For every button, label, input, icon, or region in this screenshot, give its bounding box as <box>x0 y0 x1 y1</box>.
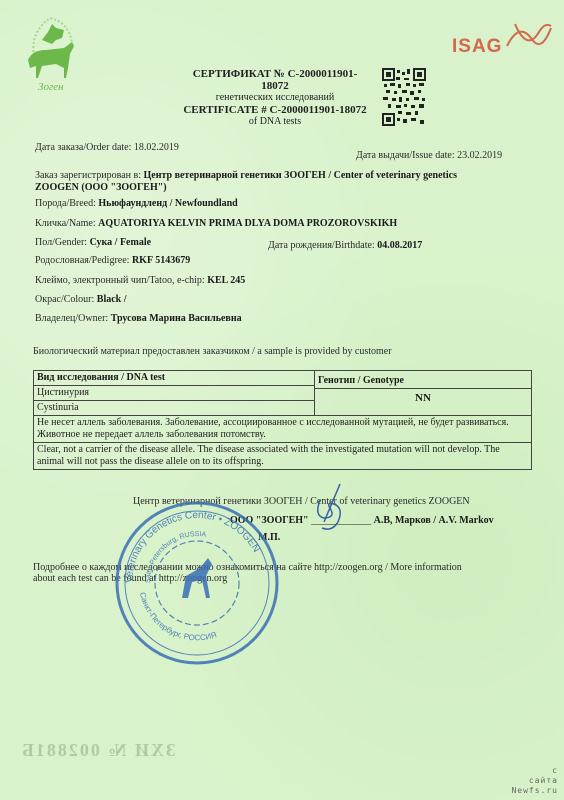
registered-value-line1: Центр ветеринарной генетики ЗООГЕН / Cen… <box>144 170 457 181</box>
owner-value: Трусова Марина Васильевна <box>111 313 242 324</box>
owner-label: Владелец/Owner: <box>35 313 108 324</box>
sample-note: Биологический материал предоставлен зака… <box>33 346 392 358</box>
signer-name: А.В, Марков / A.V. Markov <box>374 515 494 526</box>
title-en-sub: of DNA tests <box>170 116 380 128</box>
table-header-test: Вид исследования / DNA test <box>34 371 314 386</box>
colour-value: Black / <box>97 294 127 305</box>
official-stamp-icon: Veterinary Genetics Center • ZOOGEN Sain… <box>112 498 282 668</box>
genotype-value: NN <box>315 389 531 405</box>
title-ru-line1: СЕРТИФИКАТ № С-2000011901- <box>170 68 380 80</box>
order-date: Дата заказа/Order date: 18.02.2019 <box>35 142 179 154</box>
dna-helix-icon <box>505 18 553 56</box>
birthdate-label: Дата рождения/Birthdate: <box>268 240 375 251</box>
qr-code-icon <box>382 68 426 126</box>
watermark-line1: с <box>511 766 558 776</box>
gender-label: Пол/Gender: <box>35 237 87 248</box>
title-en: CERTIFICATE # C-2000011901-18072 <box>170 104 380 116</box>
colour-field: Окрас/Colour: Black / <box>35 294 127 306</box>
order-date-value: 18.02.2019 <box>134 142 179 153</box>
pedigree-label: Родословная/Pedigree: <box>35 255 129 266</box>
colour-label: Окрас/Colour: <box>35 294 94 305</box>
test-name-en: Cystinuria <box>34 401 314 415</box>
owner-field: Владелец/Owner: Трусова Марина Васильевн… <box>35 313 242 325</box>
breed-value: Ньюфаундленд / Newfoundland <box>98 198 237 209</box>
order-registered: Заказ зарегистрирован в: Центр ветеринар… <box>35 170 457 182</box>
chip-field: Клеймо, электронный чип/Tatoo, e-chip: K… <box>35 275 245 287</box>
serial-number: ЗХИ № 002881Б <box>20 740 176 761</box>
site-watermark: с сайта Newfs.ru <box>511 766 558 796</box>
birthdate-field: Дата рождения/Birthdate: 04.08.2017 <box>268 240 422 252</box>
issue-date-label: Дата выдачи/Issue date: <box>356 150 455 161</box>
result-en: Clear, not a carrier of the disease alle… <box>34 443 531 469</box>
registered-label: Заказ зарегистрирован в: <box>35 170 141 181</box>
issue-date: Дата выдачи/Issue date: 23.02.2019 <box>356 150 502 162</box>
chip-value: KEL 245 <box>207 275 245 286</box>
gender-value: Сука / Female <box>90 237 151 248</box>
table-header-genotype: Генотип / Genotype <box>315 374 531 389</box>
test-name-ru: Цистинурия <box>34 386 314 401</box>
title-ru-line2: 18072 <box>170 80 380 92</box>
dna-test-table: Вид исследования / DNA test Цистинурия C… <box>33 370 532 470</box>
zoogen-logo-icon: Зоген <box>20 12 86 92</box>
svg-text:Зоген: Зоген <box>38 81 64 92</box>
result-ru: Не несет аллель заболевания. Заболевание… <box>34 416 531 443</box>
breed-field: Порода/Breed: Ньюфаундленд / Newfoundlan… <box>35 198 238 210</box>
chip-label: Клеймо, электронный чип/Tatoo, e-chip: <box>35 275 205 286</box>
issue-date-value: 23.02.2019 <box>457 150 502 161</box>
breed-label: Порода/Breed: <box>35 198 96 209</box>
watermark-line2: сайта <box>511 776 558 786</box>
svg-text:Санкт-Петербург, РОССИЯ: Санкт-Петербург, РОССИЯ <box>138 591 218 642</box>
watermark-line3: Newfs.ru <box>511 786 558 796</box>
title-ru-sub: генетических исследований <box>170 92 380 104</box>
gender-field: Пол/Gender: Сука / Female <box>35 237 151 249</box>
registered-value-line2: ZOOGEN (ООО "ЗООГЕН") <box>35 182 167 194</box>
name-value: AQUATORIYA KELVIN PRIMA DLYA DOMA PROZOR… <box>98 218 397 229</box>
pedigree-field: Родословная/Pedigree: RKF 5143679 <box>35 255 190 267</box>
isag-logo: ISAG <box>452 36 502 58</box>
signature-icon <box>310 482 350 538</box>
pedigree-value: RKF 5143679 <box>132 255 190 266</box>
birthdate-value: 04.08.2017 <box>377 240 422 251</box>
order-date-label: Дата заказа/Order date: <box>35 142 131 153</box>
certificate-title: СЕРТИФИКАТ № С-2000011901- 18072 генетич… <box>170 68 380 128</box>
name-field: Кличка/Name: AQUATORIYA KELVIN PRIMA DLY… <box>35 218 397 230</box>
name-label: Кличка/Name: <box>35 218 96 229</box>
